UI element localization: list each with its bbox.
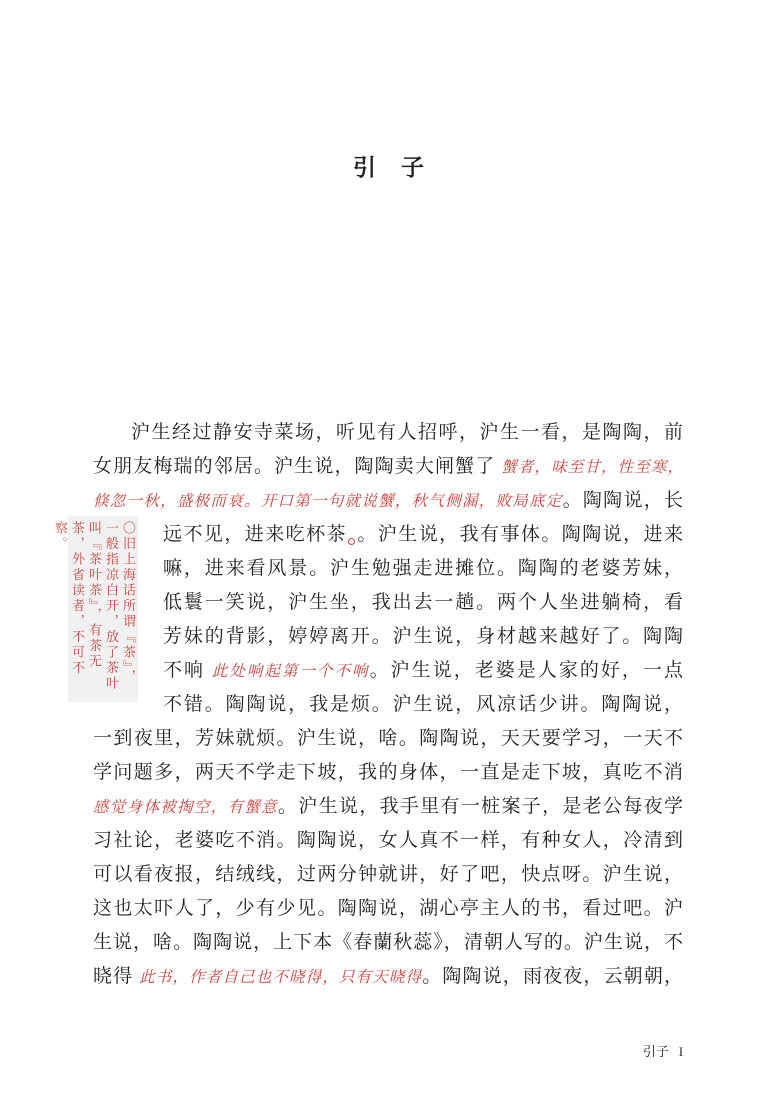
- footer-chapter-label: 引子: [643, 1041, 669, 1060]
- body-line: 生说，啥。陶陶说，上下本《春蘭秋蕊》，清朝人写的。沪生说，不: [93, 926, 683, 960]
- body-segment: 学问题多，两天不学走下坡，我的身体，一直是走下坡，真吃不消: [93, 762, 683, 783]
- body-line: 不错。陶陶说，我是烦。沪生说，风凉话少讲。陶陶说，: [163, 688, 683, 722]
- body-line: 这也太吓人了，少有少见。陶陶说，湖心亭主人的书，看过吧。沪: [93, 892, 683, 926]
- body-line: 感觉身体被掏空，有蟹意。沪生说，我手里有一桩案子，是老公每夜学: [93, 790, 683, 824]
- body-line: 一到夜里，芳妹就烦。沪生说，啥。陶陶说，天天要学习，一天不: [93, 722, 683, 756]
- body-text: 沪生经过静安寺菜场，听见有人招呼，沪生一看，是陶陶，前女朋友梅瑞的邻居。沪生说，…: [93, 416, 683, 994]
- annotation-text: 此处响起第一个不响: [212, 663, 370, 680]
- body-line: 女朋友梅瑞的邻居。沪生说，陶陶卖大闸蟹了 蟹者，味至甘，性至寒，: [93, 450, 683, 484]
- body-segment: 不错。陶陶说，我是烦。沪生说，风凉话少讲。陶陶说，: [163, 694, 683, 715]
- body-segment: 。陶陶说，长: [563, 490, 683, 511]
- body-line: 远不见，进来吃杯茶。沪生说，我有事体。陶陶说，进来: [163, 518, 683, 552]
- body-segment: 。陶陶说，雨夜夜，云朝朝，: [422, 966, 683, 987]
- body-segment: 晓得: [93, 966, 139, 987]
- body-line: 倏忽一秋，盛极而衰。开口第一句就说蟹，秋气侧漏，败局底定。陶陶说，长: [93, 484, 683, 518]
- annotation-text: 此书，作者自己也不晓得，只有天晓得: [139, 969, 422, 986]
- body-segment: 远不见，进来吃杯茶: [163, 524, 347, 545]
- body-segment: 习社论，老婆吃不消。陶陶说，女人真不一样，有种女人，冷清到: [93, 830, 683, 851]
- body-segment: 低鬟一笑说，沪生坐，我出去一趟。两个人坐进躺椅，看: [163, 592, 683, 613]
- body-line: 芳妹的背影，婷婷离开。沪生说，身材越来越好了。陶陶: [163, 620, 683, 654]
- annotation-text: 倏忽一秋，盛极而衰。开口第一句就说蟹，秋气侧漏，败局底定: [93, 493, 563, 510]
- body-line: 习社论，老婆吃不消。陶陶说，女人真不一样，有种女人，冷清到: [93, 824, 683, 858]
- body-line: 低鬟一笑说，沪生坐，我出去一趟。两个人坐进躺椅，看: [163, 586, 683, 620]
- body-line: 学问题多，两天不学走下坡，我的身体，一直是走下坡，真吃不消: [93, 756, 683, 790]
- body-segment: 生说，啥。陶陶说，上下本《春蘭秋蕊》，清朝人写的。沪生说，不: [93, 932, 683, 953]
- body-line: 不响 此处响起第一个不响。沪生说，老婆是人家的好，一点: [163, 654, 683, 688]
- body-segment: 嘛，进来看风景。沪生勉强走进摊位。陶陶的老婆芳妹，: [163, 558, 683, 579]
- body-segment: 。沪生说，我手里有一桩案子，是老公每夜学: [278, 796, 683, 817]
- body-segment: 。沪生说，我有事体。陶陶说，进来: [356, 524, 683, 545]
- page-footer: 引子 I: [643, 1041, 683, 1060]
- body-segment: 沪生经过静安寺菜场，听见有人招呼，沪生一看，是陶陶，前: [131, 422, 683, 443]
- body-segment: 女朋友梅瑞的邻居。沪生说，陶陶卖大闸蟹了: [93, 456, 501, 477]
- chapter-title: 引 子: [0, 149, 778, 182]
- body-segment: 芳妹的背影，婷婷离开。沪生说，身材越来越好了。陶陶: [163, 626, 683, 647]
- body-line: 沪生经过静安寺菜场，听见有人招呼，沪生一看，是陶陶，前: [93, 416, 683, 450]
- annotation-text: 蟹者，味至甘，性至寒，: [501, 459, 683, 476]
- body-segment: 这也太吓人了，少有少见。陶陶说，湖心亭主人的书，看过吧。沪: [93, 898, 683, 919]
- body-line: 嘛，进来看风景。沪生勉强走进摊位。陶陶的老婆芳妹，: [163, 552, 683, 586]
- body-segment: 不响: [163, 660, 212, 681]
- annotation-anchor-icon: [348, 538, 355, 545]
- body-segment: 。沪生说，老婆是人家的好，一点: [370, 660, 683, 681]
- book-page: 引 子 〇旧上海话所谓『茶』，一般指凉白开，放了茶叶叫『茶叶茶』，有茶无茶，外省…: [0, 0, 778, 1112]
- body-segment: 一到夜里，芳妹就烦。沪生说，啥。陶陶说，天天要学习，一天不: [93, 728, 683, 749]
- body-segment: 可以看夜报，结绒线，过两分钟就讲，好了吧，快点呀。沪生说，: [93, 864, 683, 885]
- footer-page-number: I: [679, 1045, 683, 1060]
- body-line: 可以看夜报，结绒线，过两分钟就讲，好了吧，快点呀。沪生说，: [93, 858, 683, 892]
- body-line: 晓得 此书，作者自己也不晓得，只有天晓得。陶陶说，雨夜夜，云朝朝，: [93, 960, 683, 994]
- annotation-text: 感觉身体被掏空，有蟹意: [93, 799, 278, 816]
